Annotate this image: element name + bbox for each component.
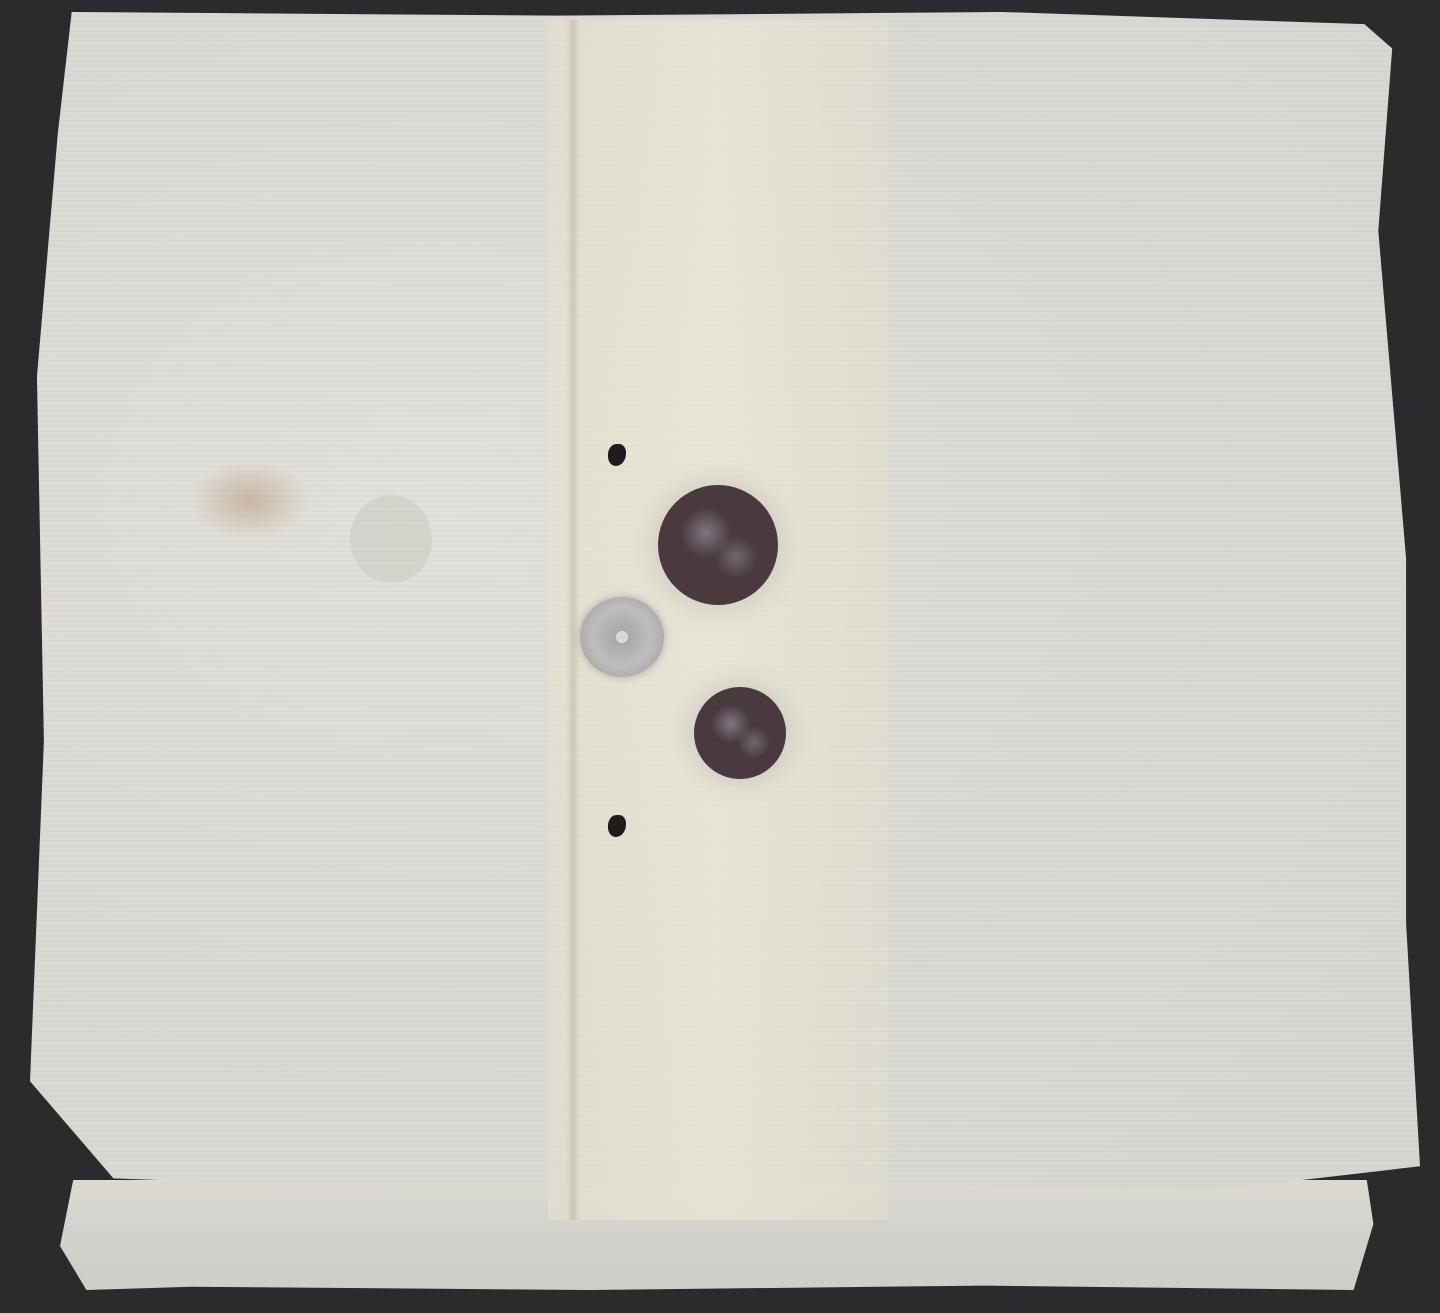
wax-seal-large	[658, 485, 778, 605]
silver-seal	[580, 597, 664, 677]
ghost-seal-mark	[350, 495, 432, 583]
wax-seal-small	[694, 687, 786, 779]
photo-scene	[0, 0, 1440, 1313]
paper-crease	[566, 20, 580, 1220]
rust-stain	[190, 460, 310, 540]
